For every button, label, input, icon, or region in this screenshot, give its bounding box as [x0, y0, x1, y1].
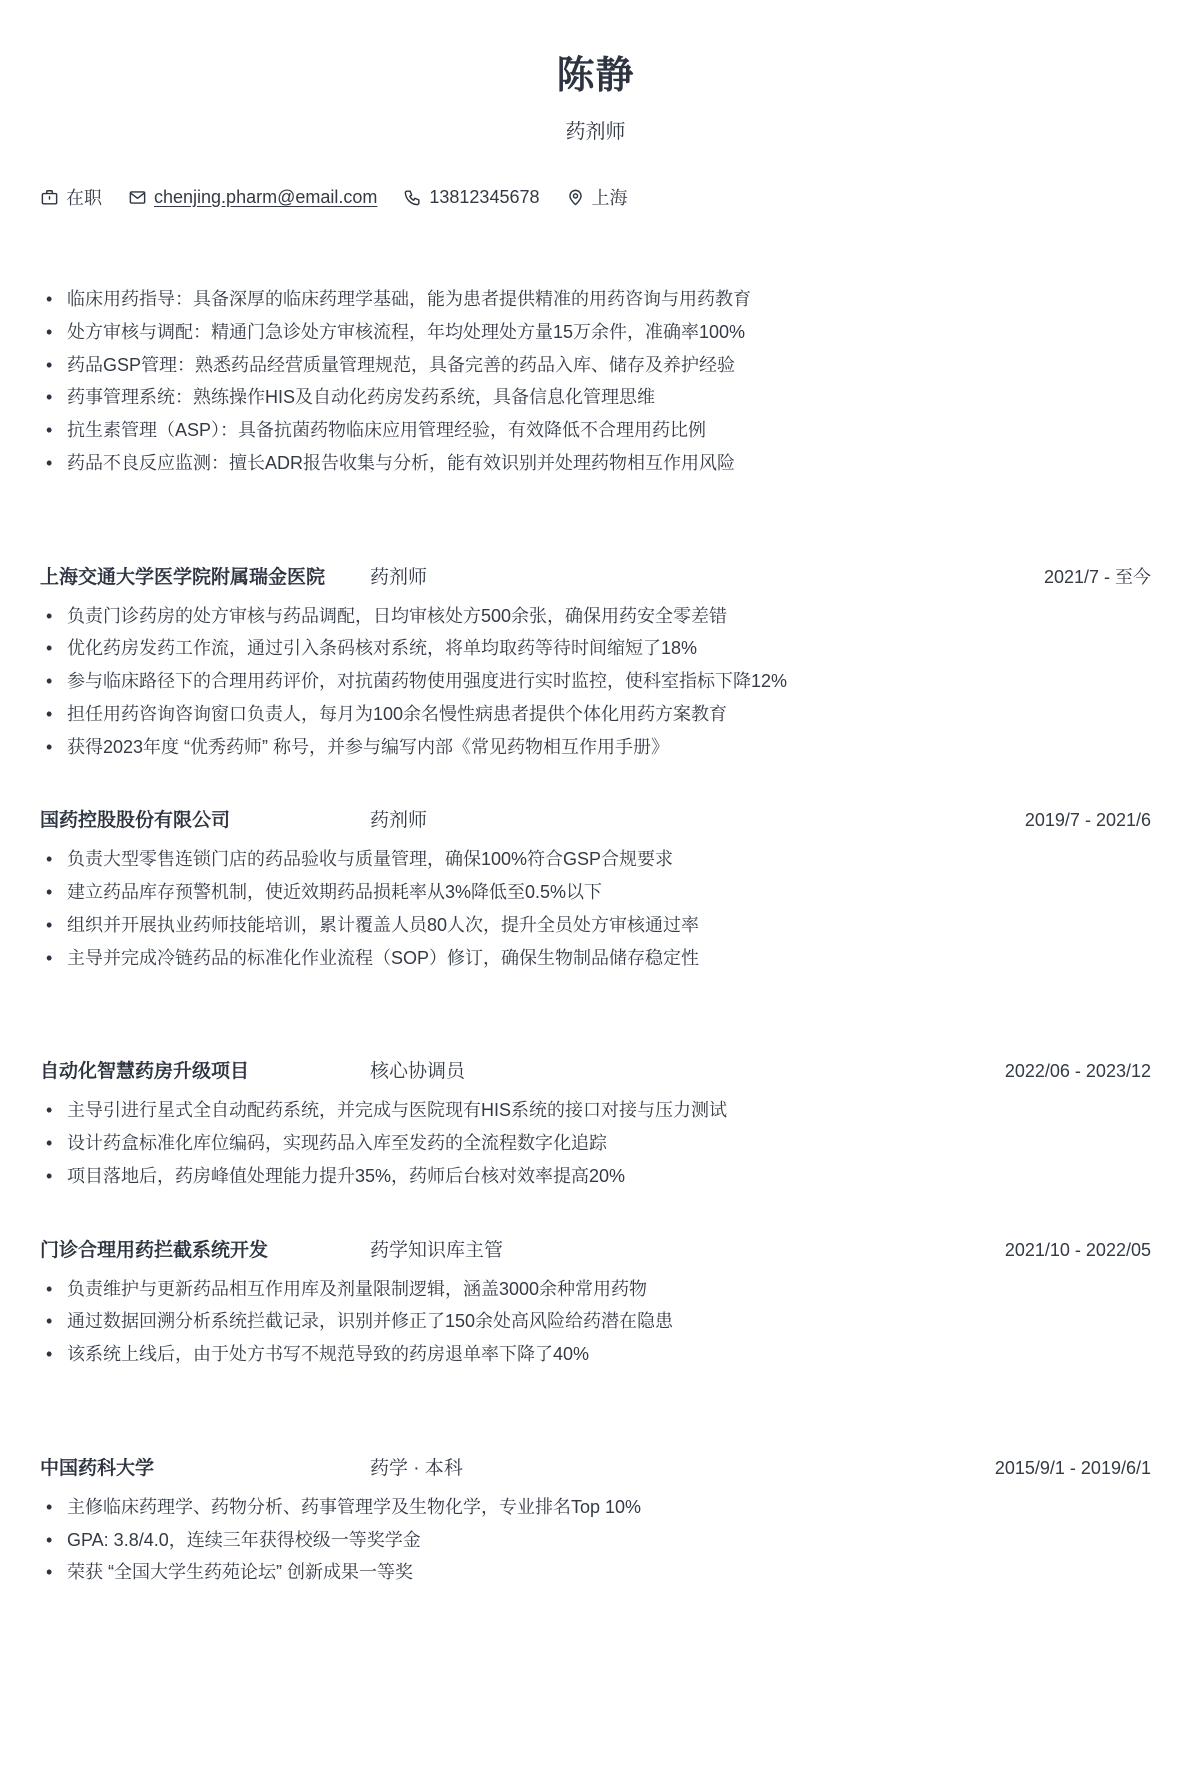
project-name: 自动化智慧药房升级项目 — [40, 1056, 370, 1083]
project-role: 药学知识库主管 — [370, 1235, 503, 1262]
job-role: 药剂师 — [370, 562, 427, 589]
phone-number: 13812345678 — [403, 187, 539, 208]
bullet-item: 通过数据回溯分析系统拦截记录，识别并修正了150余处高风险给药潜在隐患 — [40, 1310, 1151, 1334]
bullet-item: 主导引进行星式全自动配药系统，并完成与医院现有HIS系统的接口对接与压力测试 — [40, 1099, 1151, 1123]
education-entry: 中国药科大学 药学 · 本科 2015/9/1 - 2019/6/1 主修临床药… — [40, 1453, 1151, 1585]
experience-entry: 国药控股股份有限公司 药剂师 2019/7 - 2021/6 负责大型零售连锁门… — [40, 805, 1151, 970]
employment-status: 在职 — [40, 184, 102, 210]
skills-list: 临床用药指导：具备深厚的临床药理学基础，能为患者提供精准的用药咨询与用药教育 处… — [40, 288, 1151, 476]
skill-item: 抗生素管理（ASP）：具备抗菌药物临床应用管理经验，有效降低不合理用药比例 — [40, 419, 1151, 443]
bullet-item: 建立药品库存预警机制，使近效期药品损耗率从3%降低至0.5%以下 — [40, 881, 1151, 905]
employment-status-label: 在职 — [66, 184, 102, 210]
skill-item: 药品GSP管理：熟悉药品经营质量管理规范，具备完善的药品入库、储存及养护经验 — [40, 354, 1151, 378]
bullet-item: GPA: 3.8/4.0，连续三年获得校级一等奖学金 — [40, 1529, 1151, 1553]
resume-header: 陈静 药剂师 在职 chenjing.pharm@email.com — [40, 44, 1151, 210]
project-period: 2021/10 - 2022/05 — [1005, 1240, 1151, 1261]
bullet-item: 负责维护与更新药品相互作用库及剂量限制逻辑，涵盖3000余种常用药物 — [40, 1278, 1151, 1302]
bullet-item: 负责门诊药房的处方审核与药品调配，日均审核处方500余张，确保用药安全零差错 — [40, 605, 1151, 629]
contact-row: 在职 chenjing.pharm@email.com 13812345678 — [40, 184, 1151, 210]
bullet-item: 组织并开展执业药师技能培训，累计覆盖人员80人次，提升全员处方审核通过率 — [40, 914, 1151, 938]
location-text: 上海 — [592, 184, 628, 210]
bullet-item: 主导并完成冷链药品的标准化作业流程（SOP）修订，确保生物制品储存稳定性 — [40, 947, 1151, 971]
skills-section: 临床用药指导：具备深厚的临床药理学基础，能为患者提供精准的用药咨询与用药教育 处… — [40, 288, 1151, 476]
project-entry: 自动化智慧药房升级项目 核心协调员 2022/06 - 2023/12 主导引进… — [40, 1056, 1151, 1188]
job-period: 2021/7 - 至今 — [1044, 563, 1151, 589]
bullet-item: 负责大型零售连锁门店的药品验收与质量管理，确保100%符合GSP合规要求 — [40, 848, 1151, 872]
project-entry-header: 门诊合理用药拦截系统开发 药学知识库主管 2021/10 - 2022/05 — [40, 1235, 1151, 1262]
degree: 药学 · 本科 — [370, 1453, 463, 1480]
project-entry-header: 自动化智慧药房升级项目 核心协调员 2022/06 - 2023/12 — [40, 1056, 1151, 1083]
experience-list: 上海交通大学医学院附属瑞金医院 药剂师 2021/7 - 至今 负责门诊药房的处… — [40, 562, 1151, 971]
phone-text: 13812345678 — [429, 187, 539, 208]
project-bullets: 主导引进行星式全自动配药系统，并完成与医院现有HIS系统的接口对接与压力测试设计… — [40, 1099, 1151, 1188]
project-bullets: 负责维护与更新药品相互作用库及剂量限制逻辑，涵盖3000余种常用药物通过数据回溯… — [40, 1278, 1151, 1367]
bullet-item: 主修临床药理学、药物分析、药事管理学及生物化学，专业排名Top 10% — [40, 1496, 1151, 1520]
candidate-name: 陈静 — [40, 44, 1151, 99]
skill-item: 药品不良反应监测：擅长ADR报告收集与分析，能有效识别并处理药物相互作用风险 — [40, 452, 1151, 476]
school-name: 中国药科大学 — [40, 1453, 370, 1480]
bullet-item: 参与临床路径下的合理用药评价，对抗菌药物使用强度进行实时监控，使科室指标下降12… — [40, 670, 1151, 694]
bullet-item: 优化药房发药工作流，通过引入条码核对系统，将单均取药等待时间缩短了18% — [40, 637, 1151, 661]
education-bullets: 主修临床药理学、药物分析、药事管理学及生物化学，专业排名Top 10%GPA: … — [40, 1496, 1151, 1585]
projects-section: 自动化智慧药房升级项目 核心协调员 2022/06 - 2023/12 主导引进… — [40, 1056, 1151, 1367]
company-name: 上海交通大学医学院附属瑞金医院 — [40, 562, 370, 589]
job-role: 药剂师 — [370, 805, 427, 832]
briefcase-icon — [40, 188, 59, 207]
skill-item: 临床用药指导：具备深厚的临床药理学基础，能为患者提供精准的用药咨询与用药教育 — [40, 288, 1151, 312]
projects-list: 自动化智慧药房升级项目 核心协调员 2022/06 - 2023/12 主导引进… — [40, 1056, 1151, 1367]
project-role: 核心协调员 — [370, 1056, 465, 1083]
bullet-item: 获得2023年度 “优秀药师” 称号，并参与编写内部《常见药物相互作用手册》 — [40, 736, 1151, 760]
project-entry: 门诊合理用药拦截系统开发 药学知识库主管 2021/10 - 2022/05 负… — [40, 1235, 1151, 1367]
bullet-item: 荣获 “全国大学生药苑论坛” 创新成果一等奖 — [40, 1561, 1151, 1585]
project-period: 2022/06 - 2023/12 — [1005, 1061, 1151, 1082]
bullet-item: 该系统上线后，由于处方书写不规范导致的药房退单率下降了40% — [40, 1343, 1151, 1367]
email-link[interactable]: chenjing.pharm@email.com — [128, 187, 377, 208]
education-list: 中国药科大学 药学 · 本科 2015/9/1 - 2019/6/1 主修临床药… — [40, 1453, 1151, 1585]
education-entry-header: 中国药科大学 药学 · 本科 2015/9/1 - 2019/6/1 — [40, 1453, 1151, 1480]
experience-entry: 上海交通大学医学院附属瑞金医院 药剂师 2021/7 - 至今 负责门诊药房的处… — [40, 562, 1151, 760]
experience-entry-header: 上海交通大学医学院附属瑞金医院 药剂师 2021/7 - 至今 — [40, 562, 1151, 589]
experience-section: 上海交通大学医学院附属瑞金医院 药剂师 2021/7 - 至今 负责门诊药房的处… — [40, 562, 1151, 971]
phone-icon — [403, 188, 422, 207]
education-period: 2015/9/1 - 2019/6/1 — [995, 1458, 1151, 1479]
location: 上海 — [566, 184, 628, 210]
skill-item: 药事管理系统：熟练操作HIS及自动化药房发药系统，具备信息化管理思维 — [40, 386, 1151, 410]
candidate-title: 药剂师 — [40, 115, 1151, 144]
bullet-item: 项目落地后，药房峰值处理能力提升35%，药师后台核对效率提高20% — [40, 1165, 1151, 1189]
bullet-item: 设计药盒标准化库位编码，实现药品入库至发药的全流程数字化追踪 — [40, 1132, 1151, 1156]
job-period: 2019/7 - 2021/6 — [1025, 810, 1151, 831]
skill-item: 处方审核与调配：精通门急诊处方审核流程，年均处理处方量15万余件，准确率100% — [40, 321, 1151, 345]
experience-bullets: 负责大型零售连锁门店的药品验收与质量管理，确保100%符合GSP合规要求建立药品… — [40, 848, 1151, 970]
education-section: 中国药科大学 药学 · 本科 2015/9/1 - 2019/6/1 主修临床药… — [40, 1453, 1151, 1585]
location-pin-icon — [566, 188, 585, 207]
bullet-item: 担任用药咨询咨询窗口负责人，每月为100余名慢性病患者提供个体化用药方案教育 — [40, 703, 1151, 727]
resume-page: 陈静 药剂师 在职 chenjing.pharm@email.com — [0, 0, 1191, 1654]
email-text: chenjing.pharm@email.com — [154, 187, 377, 208]
project-name: 门诊合理用药拦截系统开发 — [40, 1235, 370, 1262]
experience-bullets: 负责门诊药房的处方审核与药品调配，日均审核处方500余张，确保用药安全零差错优化… — [40, 605, 1151, 760]
experience-entry-header: 国药控股股份有限公司 药剂师 2019/7 - 2021/6 — [40, 805, 1151, 832]
mail-icon — [128, 188, 147, 207]
company-name: 国药控股股份有限公司 — [40, 805, 370, 832]
